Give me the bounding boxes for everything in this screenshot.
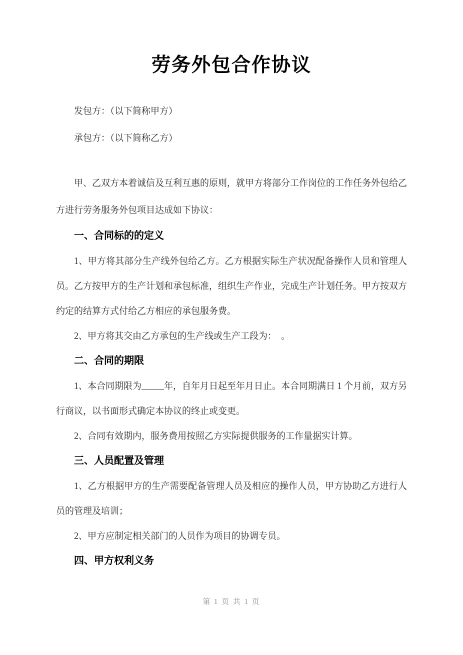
section-heading-4: 四、甲方权利义务 bbox=[56, 549, 407, 574]
party-line-employer: 发包方：（以下简称甲方） bbox=[56, 98, 407, 125]
document-title: 劳务外包合作协议 bbox=[56, 52, 407, 80]
clause-paragraph: 2、甲方应制定相关部门的人员作为项目的协调专员。 bbox=[56, 524, 407, 549]
clause-paragraph: 2、合同有效期内，服务费用按照乙方实际提供服务的工作量据实计算。 bbox=[56, 424, 407, 449]
document-page: 劳务外包合作协议 发包方：（以下简称甲方） 承包方：（以下简称乙方） 甲、乙双方… bbox=[0, 0, 463, 655]
sections-container: 一、合同标的的定义 1、甲方将其部分生产线外包给乙方。乙方根据实际生产状况配备操… bbox=[56, 224, 407, 574]
clause-paragraph: 2、甲方将其交由乙方承包的生产线或生产工段为： 。 bbox=[56, 324, 407, 349]
section-heading-2: 二、合同的期限 bbox=[56, 349, 407, 374]
section-heading-3: 三、人员配置及管理 bbox=[56, 449, 407, 474]
clause-paragraph: 1、乙方根据甲方的生产需要配备管理人员及相应的操作人员，甲方协助乙方进行人员的管… bbox=[56, 474, 407, 524]
intro-paragraph: 甲、乙双方本着诚信及互利互惠的原则，就甲方将部分工作岗位的工作任务外包给乙方进行… bbox=[56, 170, 407, 224]
document-content: 劳务外包合作协议 发包方：（以下简称甲方） 承包方：（以下简称乙方） 甲、乙双方… bbox=[0, 0, 463, 574]
clause-paragraph: 1、本合同期限为_____年，自年月日起至年月日止。本合同期满日 1 个月前，双… bbox=[56, 374, 407, 424]
clause-paragraph: 1、甲方将其部分生产线外包给乙方。乙方根据实际生产状况配备操作人员和管理人员。乙… bbox=[56, 249, 407, 324]
party-line-contractor: 承包方：（以下简称乙方） bbox=[56, 125, 407, 152]
page-number: 第 1 页 共 1 页 bbox=[0, 596, 463, 607]
section-heading-1: 一、合同标的的定义 bbox=[56, 224, 407, 249]
